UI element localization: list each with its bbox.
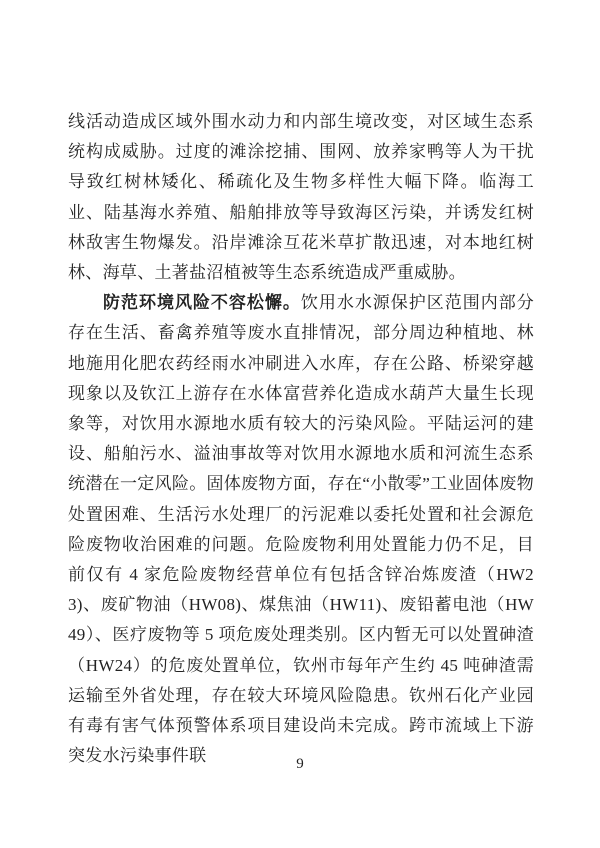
- paragraph-risk-prevention: 防范环境风险不容松懈。饮用水水源保护区范围内部分存在生活、畜禽养殖等废水直排情况…: [68, 288, 534, 771]
- paragraph-text: 饮用水水源保护区范围内部分存在生活、畜禽养殖等废水直排情况，部分周边种植地、林地…: [68, 293, 534, 765]
- page-number: 9: [0, 756, 600, 773]
- paragraph-text: 线活动造成区域外围水动力和内部生境改变，对区域生态系统构成威胁。过度的滩涂挖捕、…: [68, 112, 534, 282]
- document-page: 线活动造成区域外围水动力和内部生境改变，对区域生态系统构成威胁。过度的滩涂挖捕、…: [0, 0, 600, 848]
- paragraph-lead-bold: 防范环境风险不容松懈。: [103, 293, 301, 312]
- paragraph-continuation: 线活动造成区域外围水动力和内部生境改变，对区域生态系统构成威胁。过度的滩涂挖捕、…: [68, 107, 534, 288]
- text-block: 线活动造成区域外围水动力和内部生境改变，对区域生态系统构成威胁。过度的滩涂挖捕、…: [68, 107, 534, 771]
